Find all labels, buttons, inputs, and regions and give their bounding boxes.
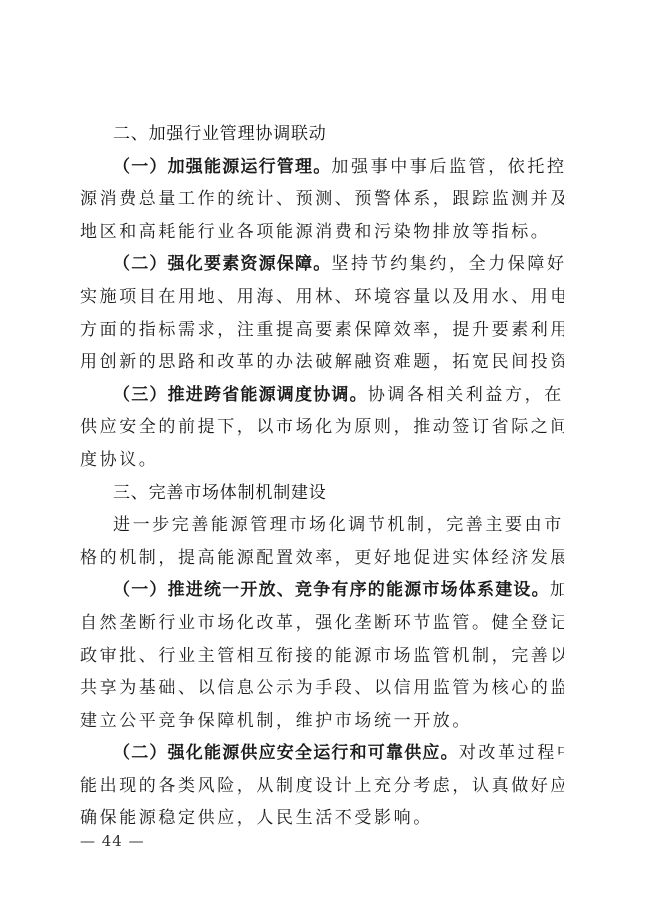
subsection-title: （三）推进跨省能源调度协调。 (113, 385, 368, 405)
paragraph-text: 加强事中事后监管，依托控制能 (331, 157, 564, 177)
subsection-title: （一）推进统一开放、竞争有序的能源市场体系建设。 (113, 580, 550, 600)
paragraph-line: 源消费总量工作的统计、预测、预警体系，跟踪监测并及时调控各 (80, 183, 564, 216)
page-content: 二、加强行业管理协调联动 （一）加强能源运行管理。加强事中事后监管，依托控制能 … (80, 118, 564, 835)
page-number: — 44 — (80, 832, 145, 850)
section-heading-2: 二、加强行业管理协调联动 (80, 118, 564, 151)
subsection-title: （二）强化要素资源保障。 (113, 254, 331, 274)
paragraph-line: 供应安全的前提下，以市场化为原则，推动签订省际之间的运营调 (80, 411, 564, 444)
section-heading-3: 三、完善市场体制机制建设 (80, 477, 564, 510)
paragraph-line: 政审批、行业主管相互衔接的能源市场监管机制，完善以信息归集 (80, 640, 564, 673)
subsection-title: （二）强化能源供应安全运行和可靠供应。 (113, 743, 459, 763)
paragraph-line: （二）强化能源供应安全运行和可靠供应。对改革过程中可 (80, 737, 564, 770)
paragraph-line: （一）推进统一开放、竞争有序的能源市场体系建设。加强 (80, 574, 564, 607)
paragraph-line: 格的机制，提高能源配置效率，更好地促进实体经济发展。 (80, 542, 564, 575)
paragraph-line: （二）强化要素资源保障。坚持节约集约，全力保障好规划 (80, 248, 564, 281)
paragraph-line: 共享为基础、以信息公示为手段、以信用监管为核心的监管制度， (80, 672, 564, 705)
paragraph-line: 实施项目在用地、用海、用林、环境容量以及用水、用电、用气等 (80, 281, 564, 314)
paragraph-line: 能出现的各类风险，从制度设计上充分考虑，认真做好应对预案， (80, 770, 564, 803)
paragraph-line: 进一步完善能源管理市场化调节机制，完善主要由市场决定价 (80, 509, 564, 542)
paragraph-line: （三）推进跨省能源调度协调。协调各相关利益方，在保障 (80, 379, 564, 412)
paragraph-line: 确保能源稳定供应，人民生活不受影响。 (80, 802, 564, 835)
paragraph-text: 坚持节约集约，全力保障好规划 (331, 254, 564, 274)
paragraph-line: 自然垄断行业市场化改革，强化垄断环节监管。健全登记注册、行 (80, 607, 564, 640)
paragraph-line: 用创新的思路和改革的办法破解融资难题，拓宽民间投资渠道。 (80, 346, 564, 379)
paragraph-line: 建立公平竞争保障机制，维护市场统一开放。 (80, 705, 564, 738)
paragraph-line: 地区和高耗能行业各项能源消费和污染物排放等指标。 (80, 216, 564, 249)
paragraph-text: 协调各相关利益方，在保障 (368, 385, 564, 405)
subsection-title: （一）加强能源运行管理。 (113, 157, 331, 177)
paragraph-line: （一）加强能源运行管理。加强事中事后监管，依托控制能 (80, 151, 564, 184)
paragraph-line: 度协议。 (80, 444, 564, 477)
paragraph-line: 方面的指标需求，注重提高要素保障效率，提升要素利用效益。要 (80, 314, 564, 347)
paragraph-text: 加强 (550, 580, 564, 600)
paragraph-text: 对改革过程中可 (459, 743, 564, 763)
document-page: 二、加强行业管理协调联动 （一）加强能源运行管理。加强事中事后监管，依托控制能 … (0, 0, 650, 919)
